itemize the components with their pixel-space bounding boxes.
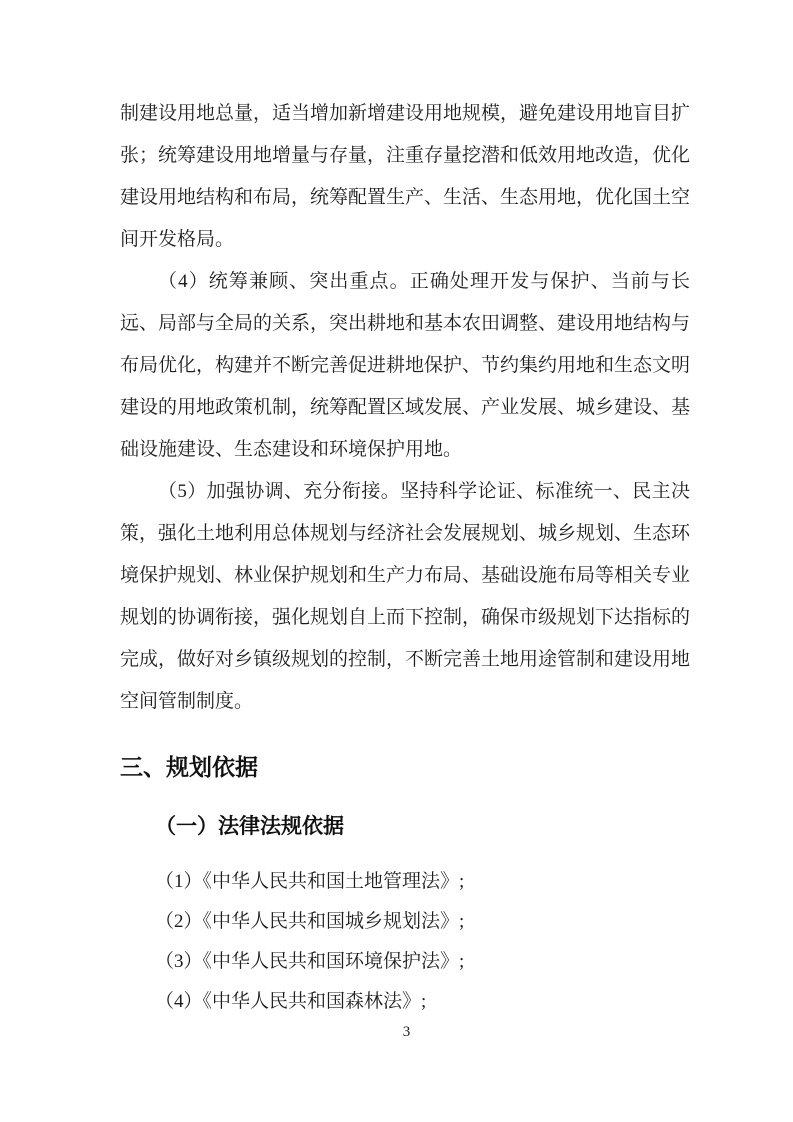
- paragraph-continuation: 制建设用地总量，适当增加新增建设用地规模，避免建设用地盲目扩张；统筹建设用地增量…: [120, 93, 690, 261]
- page-number: 3: [20, 1022, 793, 1042]
- page-content: 制建设用地总量，适当增加新增建设用地规模，避免建设用地盲目扩张；统筹建设用地增量…: [120, 93, 690, 1022]
- legal-item-3: （3）《中华人民共和国环境保护法》;: [120, 942, 690, 982]
- section-heading: 三、规划依据: [120, 746, 690, 788]
- legal-item-4: （4）《中华人民共和国森林法》;: [120, 982, 690, 1022]
- legal-item-2: （2）《中华人民共和国城乡规划法》;: [120, 902, 690, 942]
- paragraph-item-4: （4）统筹兼顾、突出重点。正确处理开发与保护、当前与长远、局部与全局的关系，突出…: [120, 261, 690, 471]
- document-page: 制建设用地总量，适当增加新增建设用地规模，避免建设用地盲目扩张；统筹建设用地增量…: [0, 0, 793, 1122]
- legal-item-1: （1）《中华人民共和国土地管理法》;: [120, 862, 690, 902]
- legal-reference-list: （1）《中华人民共和国土地管理法》; （2）《中华人民共和国城乡规划法》; （3…: [120, 862, 690, 1022]
- paragraph-item-5: （5）加强协调、充分衔接。坚持科学论证、标准统一、民主决策，强化土地利用总体规划…: [120, 471, 690, 723]
- subsection-heading: （一）法律法规依据: [120, 806, 690, 848]
